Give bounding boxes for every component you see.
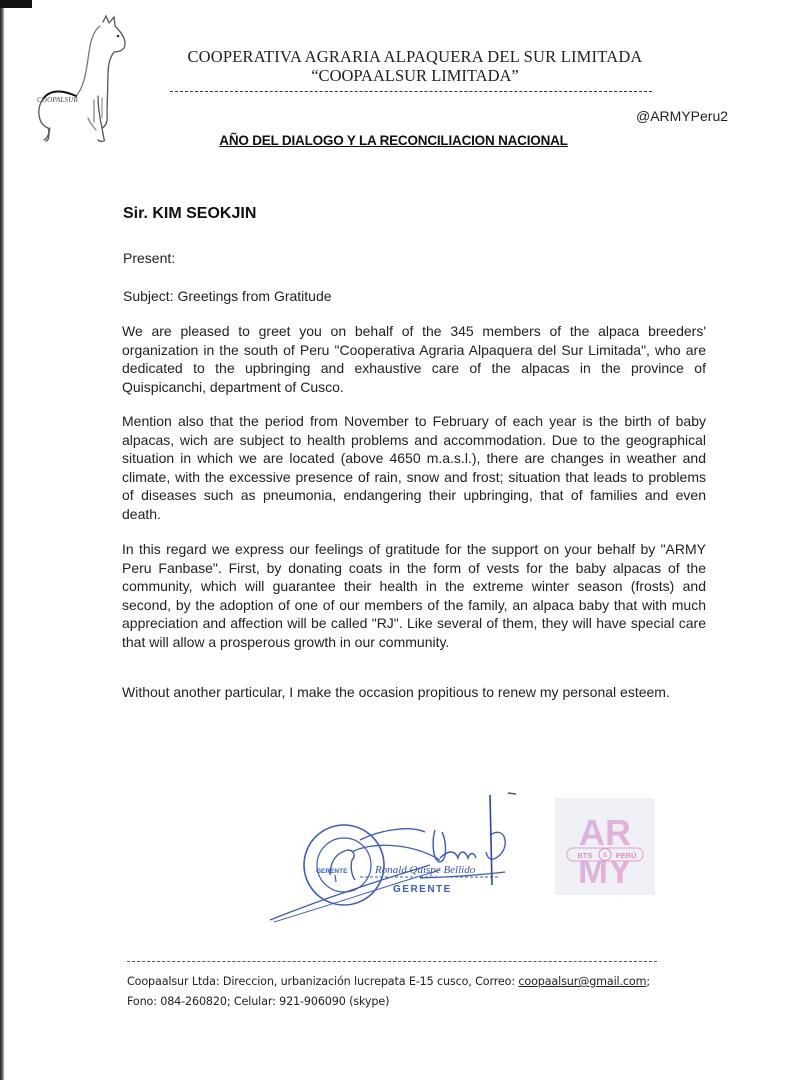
closing-paragraph: Without another particular, I make the o… (122, 683, 706, 702)
footer-email-link[interactable]: coopaalsur@gmail.com (518, 975, 646, 988)
footer-address-line: Coopaalsur Ltda: Direccion, urbanización… (127, 972, 687, 992)
logo-label: COOPALSUR (37, 96, 78, 104)
subject-line: Subject: Greetings from Gratitude (123, 288, 332, 304)
year-motto: AÑO DEL DIALOGO Y LA RECONCILIACION NACI… (0, 133, 787, 148)
footer-contact: Coopaalsur Ltda: Direccion, urbanización… (127, 972, 687, 1012)
svg-text:PERÚ: PERÚ (616, 851, 637, 860)
svg-text:AR: AR (579, 812, 631, 853)
signer-title: GERENTE (393, 884, 452, 895)
footer-punctuation: ; (646, 975, 650, 988)
footer-address: Coopaalsur Ltda: Direccion, urbanización… (127, 975, 518, 988)
signer-name: Ronald Quispe Bellido (375, 864, 475, 876)
stamp-label: GERENTE (316, 868, 347, 875)
salutation: Present: (123, 250, 175, 266)
organization-name: COOPERATIVA AGRARIA ALPAQUERA DEL SUR LI… (180, 47, 650, 67)
social-handle: @ARMYPeru2 (636, 108, 728, 124)
body-paragraph: We are pleased to greet you on behalf of… (122, 322, 706, 396)
signature-stamp-icon (260, 780, 530, 940)
svg-text:BTS: BTS (578, 851, 593, 860)
scan-corner (0, 0, 32, 8)
army-bts-peru-logo-icon: AR MY BTS & PERÚ (555, 798, 655, 895)
header-divider (170, 91, 652, 92)
alpaca-logo-icon (28, 14, 138, 144)
organization-short-name: “COOPAALSUR LIMITADA” (180, 66, 650, 86)
footer-divider (127, 961, 657, 962)
svg-text:&: & (603, 852, 608, 859)
body-paragraph: In this regard we express our feelings o… (122, 540, 706, 652)
body-paragraph: Mention also that the period from Novemb… (122, 412, 706, 524)
recipient-name: Sir. KIM SEOKJIN (123, 205, 256, 223)
footer-phone-line: Fono: 084-260820; Celular: 921-906090 (s… (127, 992, 687, 1012)
